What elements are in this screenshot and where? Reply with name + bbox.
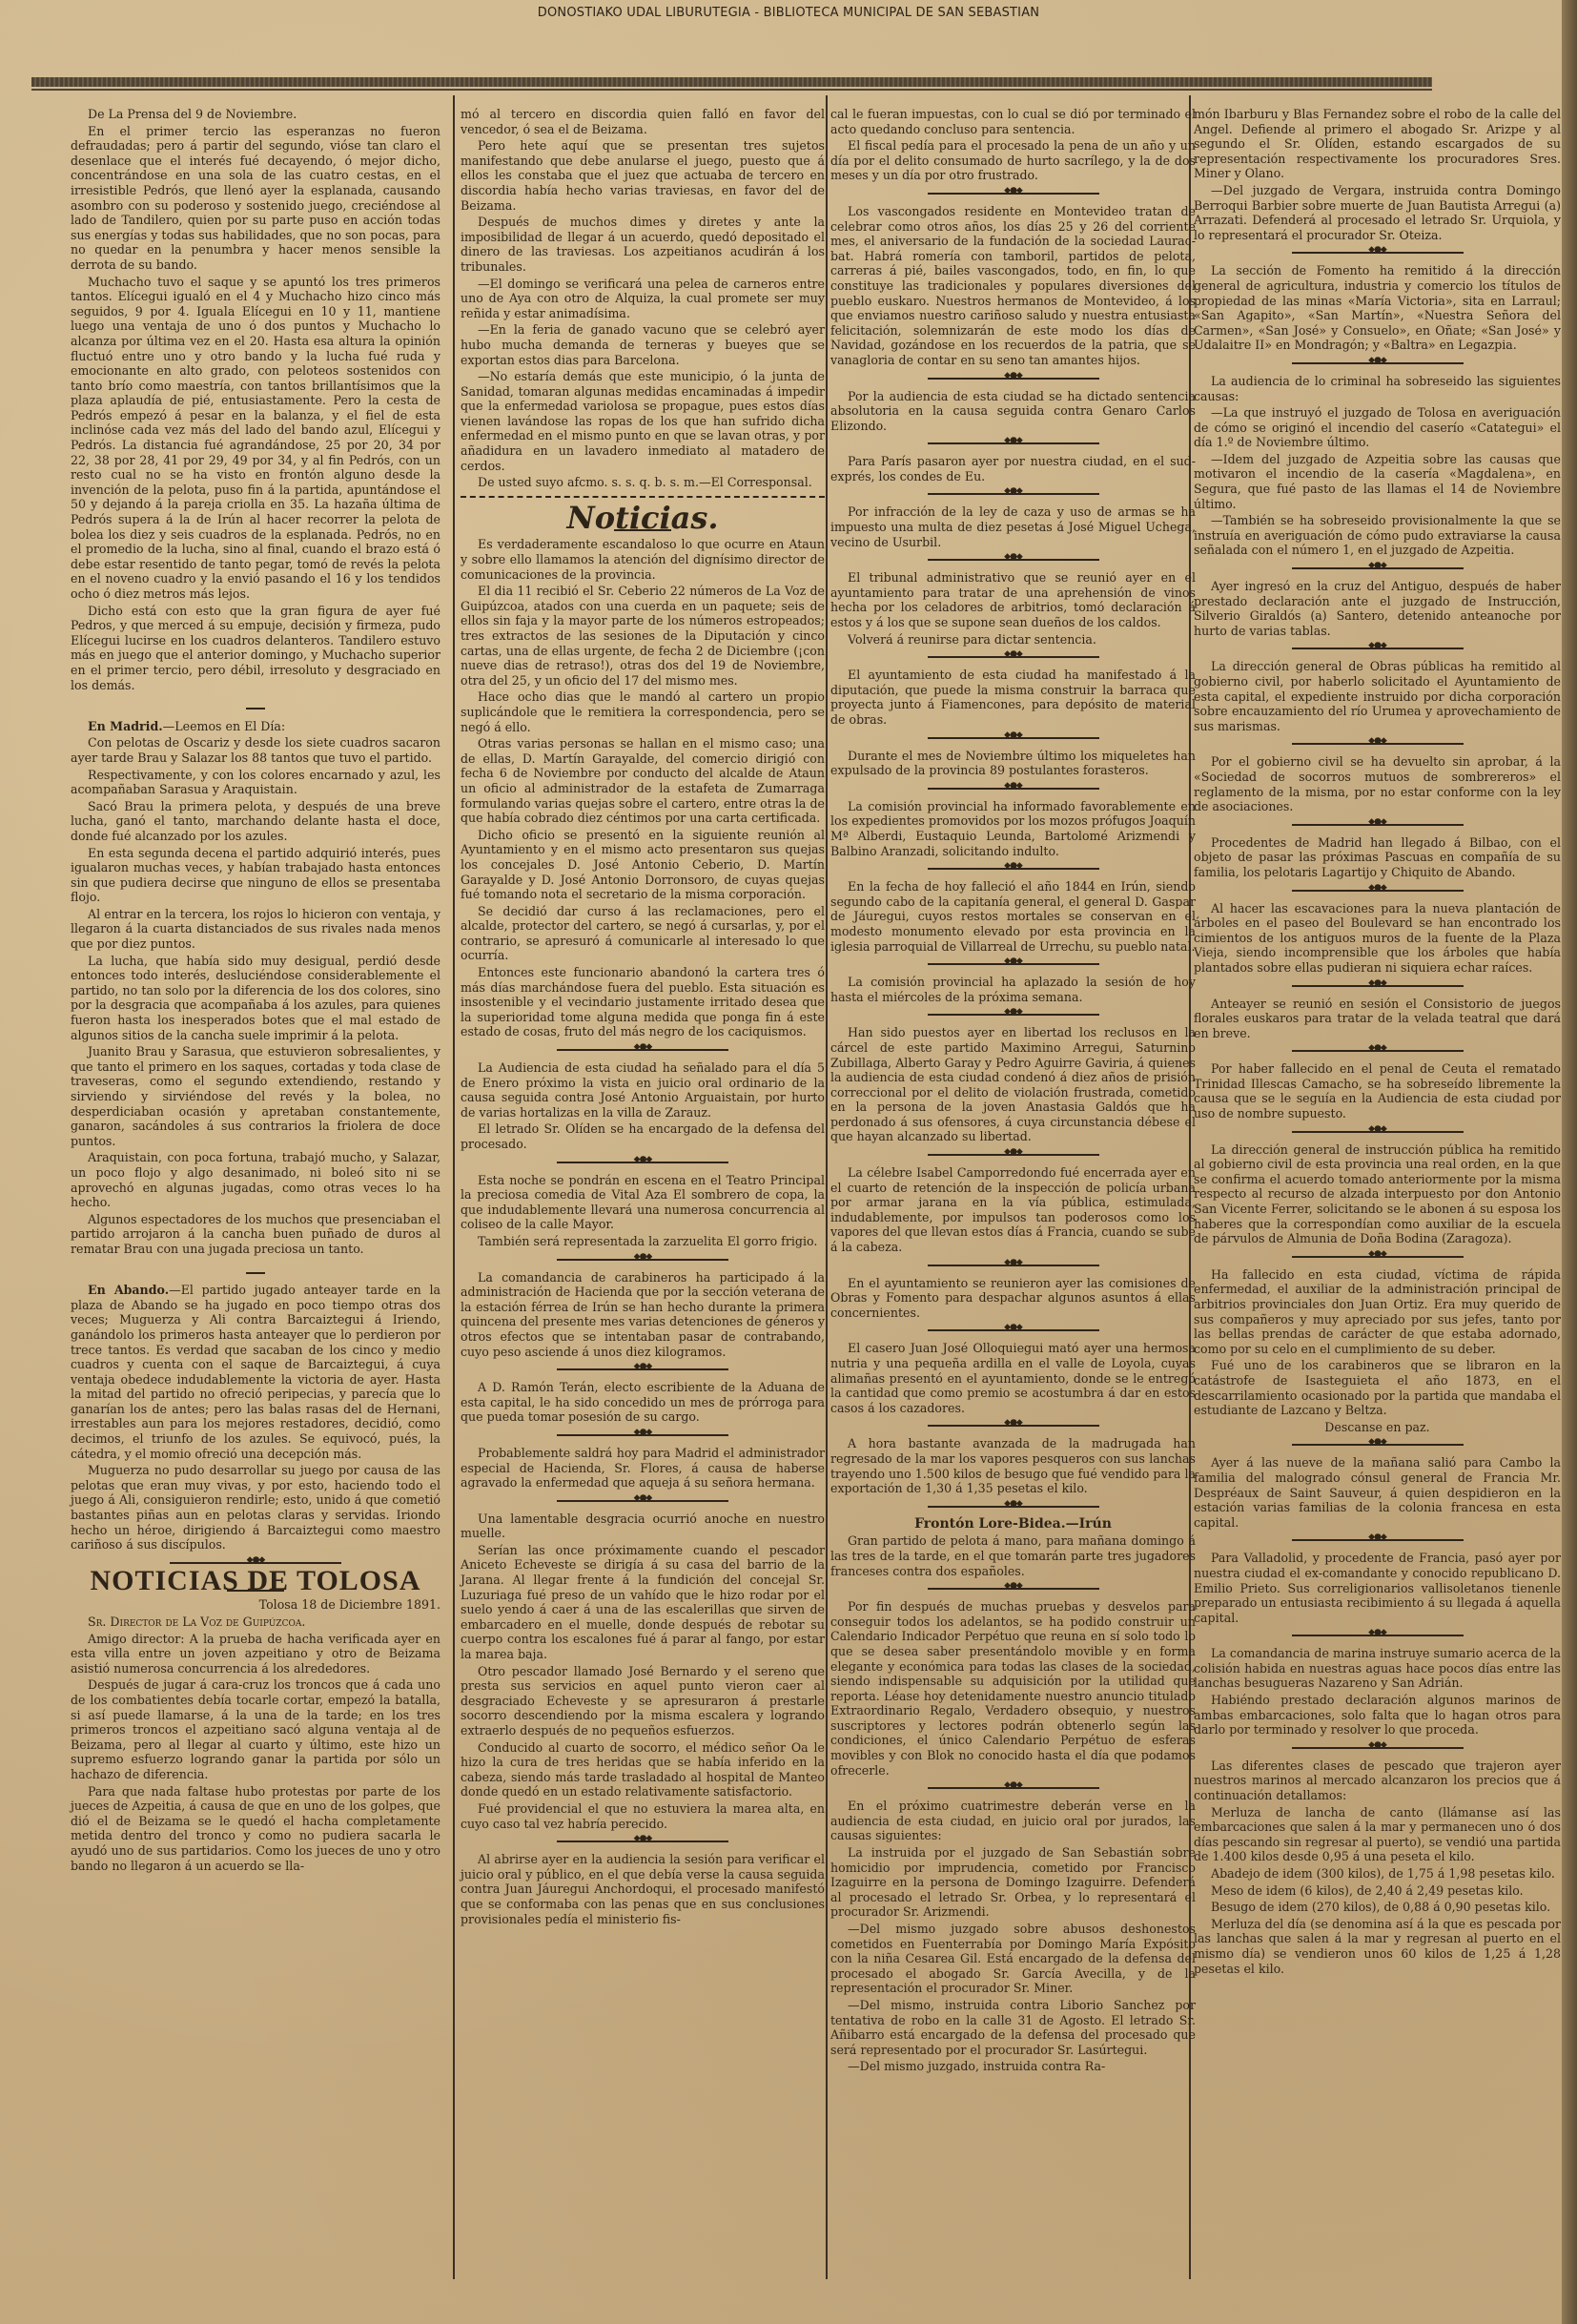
ornamental-rule bbox=[557, 1496, 728, 1506]
article-paragraph: Al entrar en la tercera, los rojos lo hi… bbox=[71, 907, 440, 952]
ornamental-rule bbox=[928, 374, 1099, 383]
news-item: El fiscal pedía para el procesado la pen… bbox=[830, 138, 1196, 183]
article-paragraph: Pero hete aquí que se presentan tres suj… bbox=[461, 138, 825, 213]
news-item: cal le fueran impuestas, con lo cual se … bbox=[830, 107, 1196, 136]
ornamental-rule bbox=[928, 489, 1099, 499]
price-item: Meso de idem (6 kilos), de 2,40 á 2,49 p… bbox=[1194, 1883, 1561, 1899]
news-item: Por la audiencia de esta ciudad se ha di… bbox=[830, 389, 1196, 434]
news-item: También será representada la zarzuelita … bbox=[461, 1234, 825, 1249]
column-3: cal le fueran impuestas, con lo cual se … bbox=[830, 107, 1196, 2076]
ornamental-rule bbox=[1292, 248, 1464, 257]
news-item: La comandancia de marina instruye sumari… bbox=[1194, 1646, 1561, 1691]
ornamental-rule bbox=[557, 1430, 728, 1440]
article-paragraph: Para que nada faltase hubo protestas por… bbox=[71, 1784, 440, 1874]
price-item: Besugo de idem (270 kilos), de 0,88 á 0,… bbox=[1194, 1900, 1561, 1915]
news-item: —Del juzgado de Vergara, instruida contr… bbox=[1194, 183, 1561, 242]
price-item: Merluza de lancha de canto (llámanse así… bbox=[1194, 1805, 1561, 1864]
ornamental-rule bbox=[928, 1783, 1099, 1793]
dateline: Tolosa 18 de Diciembre 1891. bbox=[71, 1597, 440, 1613]
ornamental-rule bbox=[1292, 564, 1464, 573]
news-item: La dirección general de instrucción públ… bbox=[1194, 1142, 1561, 1246]
news-item: El letrado Sr. Olíden se ha encargado de… bbox=[461, 1121, 825, 1151]
news-item: Dicho oficio se presentó en la siguiente… bbox=[461, 828, 825, 902]
article-paragraph: Algunos espectadores de los muchos que p… bbox=[71, 1212, 440, 1257]
news-item: Procedentes de Madrid han llegado á Bilb… bbox=[1194, 835, 1561, 880]
ornamental-rule bbox=[928, 1502, 1099, 1512]
ornamental-rule bbox=[928, 784, 1099, 793]
ornamental-rule bbox=[1292, 1631, 1464, 1640]
news-item: —Idem del juzgado de Azpeitia sobre las … bbox=[1194, 452, 1561, 511]
ornamental-rule bbox=[1292, 1252, 1464, 1262]
news-item: En el próximo cuatrimestre deberán verse… bbox=[830, 1799, 1196, 1843]
news-item: Hace ocho dias que le mandó al cartero u… bbox=[461, 689, 825, 734]
ornamental-rule bbox=[928, 1421, 1099, 1430]
ornamental-rule bbox=[1292, 886, 1464, 895]
news-item: Fué uno de los carabineros que se librar… bbox=[1194, 1358, 1561, 1417]
news-item: Probablemente saldrá hoy para Madrid el … bbox=[461, 1446, 825, 1491]
ornamental-rule bbox=[928, 1150, 1099, 1160]
article-paragraph: En el primer tercio las esperanzas no fu… bbox=[71, 124, 440, 273]
news-item: —La que instruyó el juzgado de Tolosa en… bbox=[1194, 405, 1561, 450]
ornamental-rule bbox=[1292, 359, 1464, 368]
news-item: Los vascongados residente en Montevideo … bbox=[830, 204, 1196, 368]
news-item: Por fin después de muchas pruebas y desv… bbox=[830, 1599, 1196, 1778]
ornamental-rule bbox=[928, 1010, 1099, 1019]
news-item: Por el gobierno civil se ha devuelto sin… bbox=[1194, 754, 1561, 813]
section-title-noticias: Noticias. bbox=[461, 511, 825, 526]
news-item: Descanse en paz. bbox=[1194, 1420, 1561, 1435]
signature: De usted suyo afcmo. s. s. q. b. s. m.—E… bbox=[461, 475, 825, 490]
ornamental-rule bbox=[928, 1261, 1099, 1270]
ornamental-rule bbox=[1292, 981, 1464, 991]
news-item: Anteayer se reunió en sesión el Consisto… bbox=[1194, 997, 1561, 1041]
news-item: Otras varias personas se hallan en el mi… bbox=[461, 736, 825, 826]
ornamental-rule bbox=[1292, 1046, 1464, 1056]
news-item: En la fecha de hoy falleció el año 1844 … bbox=[830, 879, 1196, 954]
ornamental-rule bbox=[170, 1558, 341, 1568]
news-item: La Audiencia de esta ciudad ha señalado … bbox=[461, 1060, 825, 1120]
news-item: Al abrirse ayer en la audiencia la sesió… bbox=[461, 1852, 825, 1926]
news-item: A hora bastante avanzada de la madrugada… bbox=[830, 1436, 1196, 1495]
salutation: Sr. Director de La Voz de Guipúzcoa. bbox=[71, 1614, 440, 1630]
news-item: Fué providencial el que no estuviera la … bbox=[461, 1801, 825, 1831]
separator-dash bbox=[71, 698, 440, 713]
news-item: Al hacer las escavaciones para la nueva … bbox=[1194, 901, 1561, 976]
news-item: —Del mismo juzgado sobre abusos deshones… bbox=[830, 1922, 1196, 1996]
ornamental-rule bbox=[928, 439, 1099, 448]
news-item: Es verdaderamente escandaloso lo que ocu… bbox=[461, 537, 825, 582]
section-heading-madrid: En Madrid. bbox=[88, 719, 163, 733]
ornamental-rule bbox=[928, 864, 1099, 874]
top-rule bbox=[31, 77, 1432, 87]
ornamental-rule bbox=[1292, 644, 1464, 653]
news-item: Para Valladolid, y procedente de Francia… bbox=[1194, 1551, 1561, 1625]
ornamental-rule bbox=[1292, 1440, 1464, 1450]
ornamental-rule bbox=[928, 652, 1099, 662]
news-item: La dirección general de Obras públicas h… bbox=[1194, 659, 1561, 733]
ornamental-rule bbox=[557, 1365, 728, 1374]
news-item: Para París pasaron ayer por nuestra ciud… bbox=[830, 454, 1196, 483]
article-paragraph: Amigo director: A la prueba de hacha ver… bbox=[71, 1632, 440, 1676]
news-item: —También se ha sobreseido provisionalmen… bbox=[1194, 513, 1561, 558]
news-item: Durante el mes de Noviembre último los m… bbox=[830, 749, 1196, 778]
ornamental-rule bbox=[1292, 1535, 1464, 1545]
article-paragraph: Araquistain, con poca fortuna, trabajó m… bbox=[71, 1150, 440, 1209]
news-item: —Del mismo juzgado, instruida contra Ra- bbox=[830, 2059, 1196, 2074]
ornamental-rule bbox=[928, 1326, 1099, 1335]
article-paragraph: Sacó Brau la primera pelota, y después d… bbox=[71, 799, 440, 844]
news-item: La comandancia de carabineros ha partici… bbox=[461, 1270, 825, 1360]
column-divider bbox=[453, 95, 455, 2279]
article-paragraph: Respectivamente, y con los colores encar… bbox=[71, 768, 440, 797]
article-paragraph: —En la feria de ganado vacuno que se cel… bbox=[461, 322, 825, 367]
ornamental-rule bbox=[557, 1837, 728, 1846]
news-item: Se decidió dar curso á las reclamaciones… bbox=[461, 904, 825, 963]
section-lead: En Abando.—El partido jugado anteayer ta… bbox=[71, 1283, 440, 1461]
news-item: La instruida por el juzgado de San Sebas… bbox=[830, 1845, 1196, 1920]
article-paragraph: La lucha, que había sido muy desigual, p… bbox=[71, 954, 440, 1043]
article-paragraph: De La Prensa del 9 de Noviembre. bbox=[71, 107, 440, 122]
article-paragraph: Después de jugar á cara-cruz los troncos… bbox=[71, 1677, 440, 1781]
news-item: Las diferentes clases de pescado que tra… bbox=[1194, 1758, 1561, 1803]
section-title-tolosa: NOTICIAS DE TOLOSA bbox=[71, 1573, 440, 1589]
ornamental-rule bbox=[557, 1158, 728, 1167]
news-item: món Ibarburu y Blas Fernandez sobre el r… bbox=[1194, 107, 1561, 181]
section-heading-abando: En Abando. bbox=[88, 1283, 169, 1297]
news-item: Gran partido de pelota á mano, para maña… bbox=[830, 1533, 1196, 1578]
news-item: La comisión provincial ha informado favo… bbox=[830, 799, 1196, 858]
news-item: La célebre Isabel Camporredondo fué ence… bbox=[830, 1165, 1196, 1255]
news-item: Una lamentable desgracia ocurrió anoche … bbox=[461, 1512, 825, 1541]
news-item: Habiéndo prestado declaración algunos ma… bbox=[1194, 1693, 1561, 1738]
ornamental-rule bbox=[1292, 820, 1464, 830]
news-item: La audiencia de lo criminal ha sobreseid… bbox=[1194, 374, 1561, 403]
column-divider bbox=[826, 95, 828, 2279]
article-paragraph: Muchacho tuvo el saque y se apuntó los t… bbox=[71, 275, 440, 602]
news-item: Ayer á las nueve de la mañana salió para… bbox=[1194, 1455, 1561, 1530]
ornamental-rule bbox=[928, 189, 1099, 198]
news-item: El ayuntamiento de esta ciudad ha manife… bbox=[830, 668, 1196, 727]
article-paragraph: —No estaría demás que este municipio, ó … bbox=[461, 369, 825, 473]
article-paragraph: Juanito Brau y Sarasua, que estuvieron s… bbox=[71, 1044, 440, 1148]
article-paragraph: En esta segunda decena el partido adquir… bbox=[71, 846, 440, 905]
price-item: Merluza del día (se denomina así á la qu… bbox=[1194, 1917, 1561, 1976]
news-item: Han sido puestos ayer en libertad los re… bbox=[830, 1025, 1196, 1144]
ornamental-rule bbox=[928, 959, 1099, 969]
ornamental-rule bbox=[928, 1584, 1099, 1594]
news-item: En el ayuntamiento se reunieron ayer las… bbox=[830, 1276, 1196, 1321]
ornamental-rule bbox=[557, 1045, 728, 1055]
ornamental-rule bbox=[928, 733, 1099, 743]
news-item: El dia 11 recibió el Sr. Ceberio 22 núme… bbox=[461, 584, 825, 688]
news-item: Por infracción de la ley de caza y uso d… bbox=[830, 504, 1196, 549]
column-2: mó al tercero en discordia quien falló e… bbox=[461, 107, 825, 1928]
ornamental-rule bbox=[1292, 1743, 1464, 1753]
news-item: El tribunal administrativo que se reunió… bbox=[830, 570, 1196, 629]
ornamental-rule bbox=[1292, 1127, 1464, 1137]
page-edge bbox=[1562, 0, 1577, 2324]
news-item: Esta noche se pondrán en escena en el Te… bbox=[461, 1173, 825, 1232]
article-paragraph: mó al tercero en discordia quien falló e… bbox=[461, 107, 825, 136]
archive-header: DONOSTIAKO UDAL LIBURUTEGIA - BIBLIOTECA… bbox=[0, 6, 1577, 20]
column-4: món Ibarburu y Blas Fernandez sobre el r… bbox=[1194, 107, 1561, 1978]
news-item: Entonces este funcionario abandonó la ca… bbox=[461, 965, 825, 1039]
column-1: De La Prensa del 9 de Noviembre. En el p… bbox=[71, 107, 440, 1875]
ornamental-rule bbox=[928, 555, 1099, 565]
article-paragraph: Dicho está con esto que la gran figura d… bbox=[71, 604, 440, 693]
price-item: Abadejo de idem (300 kilos), de 1,75 á 1… bbox=[1194, 1866, 1561, 1882]
ornamental-rule bbox=[1292, 739, 1464, 749]
news-item: Por haber fallecido en el penal de Ceuta… bbox=[1194, 1061, 1561, 1121]
news-item: La sección de Fomento ha remitido á la d… bbox=[1194, 263, 1561, 353]
section-heading-fronton: Frontón Lore-Bidea.—Irún bbox=[830, 1517, 1196, 1532]
news-item: Volverá á reunirse para dictar sentencia… bbox=[830, 632, 1196, 648]
article-paragraph: Muguerza no pudo desarrollar su juego po… bbox=[71, 1463, 440, 1553]
separator-dash bbox=[71, 1263, 440, 1278]
section-lead: En Madrid.—Leemos en El Día: bbox=[71, 719, 440, 734]
news-item: Ha fallecido en esta ciudad, víctima de … bbox=[1194, 1267, 1561, 1357]
news-item: Serían las once próximamente cuando el p… bbox=[461, 1543, 825, 1662]
ornamental-rule bbox=[557, 1255, 728, 1265]
article-paragraph: —El domingo se verificará una pelea de c… bbox=[461, 277, 825, 321]
news-item: El casero Juan José Olloquiegui mató aye… bbox=[830, 1341, 1196, 1415]
news-item: A D. Ramón Terán, electo escribiente de … bbox=[461, 1380, 825, 1425]
news-item: —Del mismo, instruida contra Liborio San… bbox=[830, 1998, 1196, 2057]
article-paragraph: Con pelotas de Oscariz y desde los siete… bbox=[71, 735, 440, 765]
news-item: Otro pescador llamado José Bernardo y el… bbox=[461, 1664, 825, 1738]
news-item: Ayer ingresó en la cruz del Antiguo, des… bbox=[1194, 579, 1561, 638]
news-item: Conducido al cuarto de socorro, el médic… bbox=[461, 1740, 825, 1800]
article-paragraph: Después de muchos dimes y diretes y ante… bbox=[461, 215, 825, 274]
news-item: La comisión provincial ha aplazado la se… bbox=[830, 975, 1196, 1004]
